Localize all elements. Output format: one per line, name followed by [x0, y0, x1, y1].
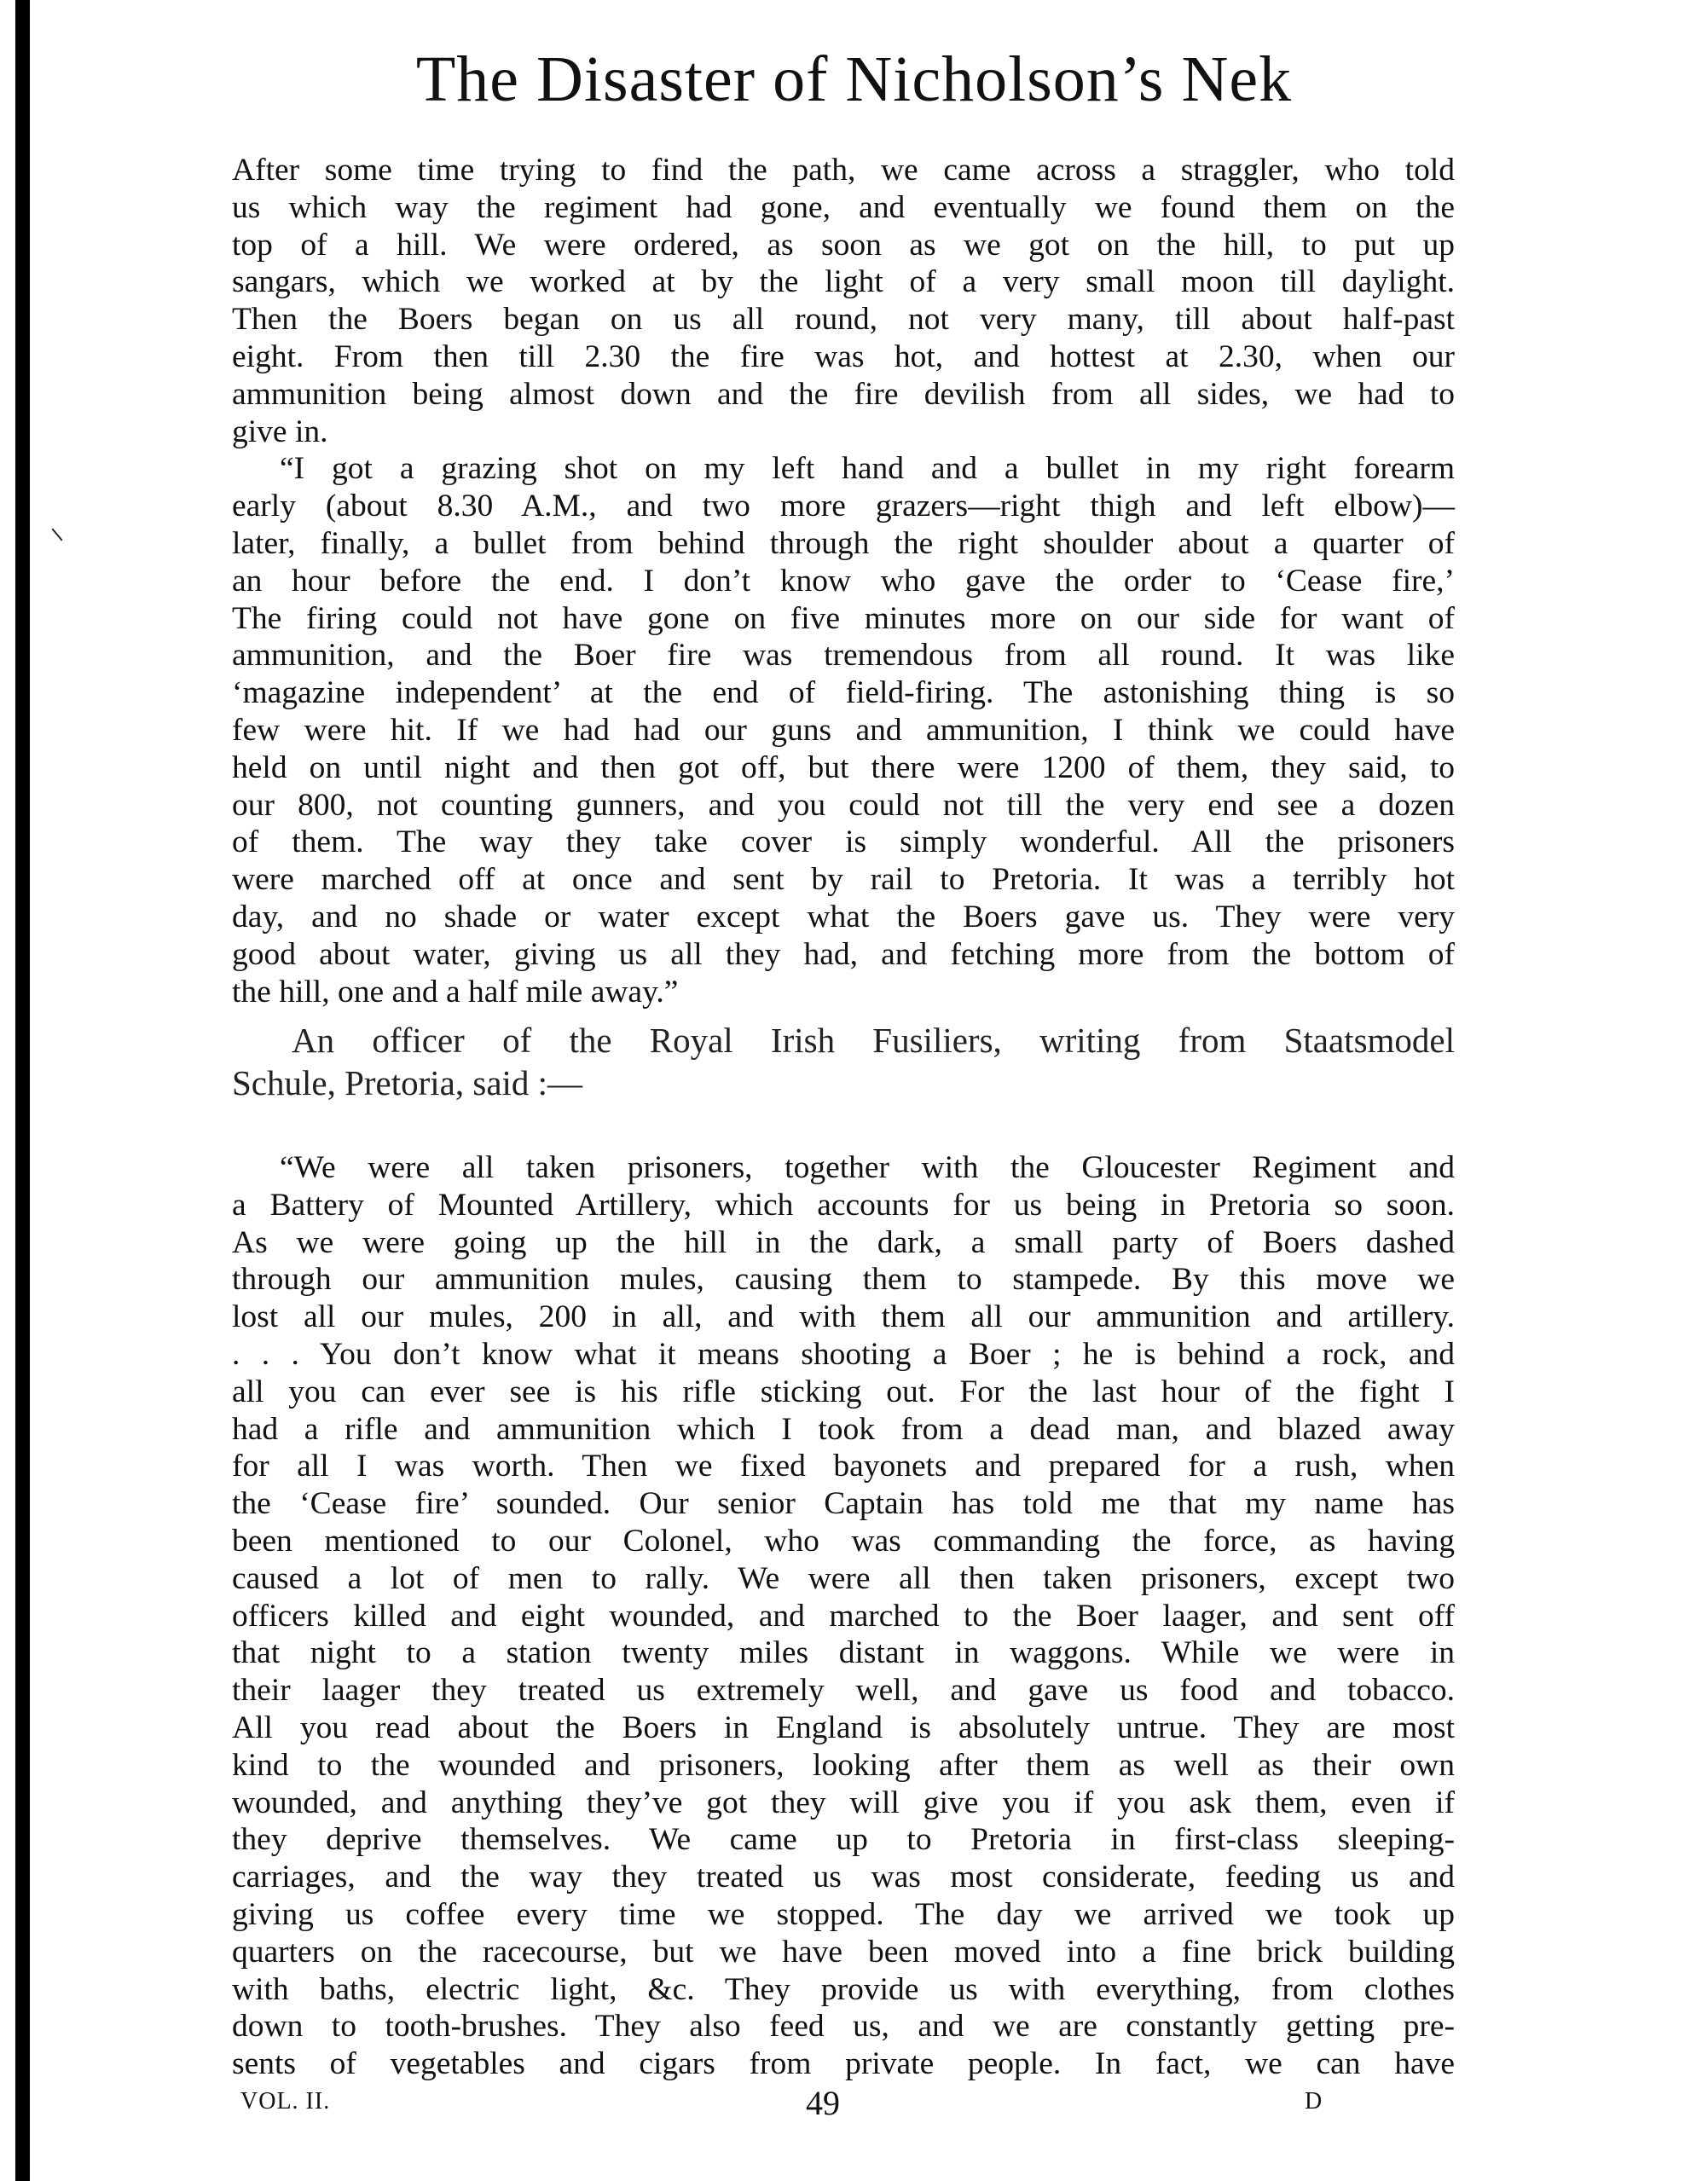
- intro-line: An officer of the Royal Irish Fusiliers,…: [232, 1019, 1455, 1062]
- section-intro: An officer of the Royal Irish Fusiliers,…: [232, 1019, 1455, 1104]
- text-line: All you read about the Boers in England …: [232, 1710, 1455, 1747]
- text-line: were marched off at once and sent by rai…: [232, 861, 1455, 899]
- text-line: they deprive themselves. We came up to P…: [232, 1821, 1455, 1859]
- volume-label: VOL. II.: [240, 2088, 330, 2115]
- text-line: quarters on the racecourse, but we have …: [232, 1934, 1455, 1971]
- text-line: of them. The way they take cover is simp…: [232, 824, 1455, 861]
- text-line: been mentioned to our Colonel, who was c…: [232, 1523, 1455, 1560]
- text-line: top of a hill. We were ordered, as soon …: [232, 227, 1455, 264]
- text-line: that night to a station twenty miles dis…: [232, 1634, 1455, 1672]
- text-line: kind to the wounded and prisoners, looki…: [232, 1747, 1455, 1785]
- text-line: caused a lot of men to rally. We were al…: [232, 1560, 1455, 1598]
- text-line: an hour before the end. I don’t know who…: [232, 563, 1455, 600]
- text-line: our 800, not counting gunners, and you c…: [232, 787, 1455, 824]
- text-line: sents of vegetables and cigars from priv…: [232, 2045, 1455, 2083]
- text-line: give in.: [232, 414, 1455, 451]
- text-line: with baths, electric light, &c. They pro…: [232, 1971, 1455, 2009]
- text-line: The firing could not have gone on five m…: [232, 600, 1455, 638]
- text-line: the hill, one and a half mile away.”: [232, 974, 1455, 1011]
- letter-excerpt-2: “We were all taken prisoners, together w…: [232, 1149, 1455, 2083]
- text-line: giving us coffee every time we stopped. …: [232, 1896, 1455, 1934]
- text-line: all you can ever see is his rifle sticki…: [232, 1374, 1455, 1411]
- text-line: . . . You don’t know what it means shoot…: [232, 1336, 1455, 1374]
- text-line: later, finally, a bullet from behind thr…: [232, 525, 1455, 563]
- text-line: through our ammunition mules, causing th…: [232, 1261, 1455, 1299]
- text-line: early (about 8.30 A.M., and two more gra…: [232, 488, 1455, 525]
- text-line: “We were all taken prisoners, together w…: [232, 1149, 1455, 1187]
- text-line: ammunition, and the Boer fire was tremen…: [232, 637, 1455, 674]
- text-line: had a rifle and ammunition which I took …: [232, 1411, 1455, 1449]
- text-line: held on until night and then got off, bu…: [232, 749, 1455, 787]
- letter-excerpt-1: After some time trying to find the path,…: [232, 152, 1455, 1010]
- text-line: officers killed and eight wounded, and m…: [232, 1598, 1455, 1635]
- text-line: Then the Boers began on us all round, no…: [232, 301, 1455, 338]
- text-line: good about water, giving us all they had…: [232, 936, 1455, 974]
- text-line: eight. From then till 2.30 the fire was …: [232, 338, 1455, 376]
- text-line: us which way the regiment had gone, and …: [232, 189, 1455, 227]
- text-line: down to tooth-brushes. They also feed us…: [232, 2008, 1455, 2045]
- text-line: wounded, and anything they’ve got they w…: [232, 1785, 1455, 1822]
- signature-mark: D: [1305, 2088, 1322, 2115]
- intro-line: Schule, Pretoria, said :—: [232, 1062, 1455, 1104]
- text-line: sangars, which we worked at by the light…: [232, 263, 1455, 301]
- text-line: their laager they treated us extremely w…: [232, 1672, 1455, 1710]
- text-line: a Battery of Mounted Artillery, which ac…: [232, 1187, 1455, 1224]
- text-line: As we were going up the hill in the dark…: [232, 1224, 1455, 1262]
- text-line: day, and no shade or water except what t…: [232, 899, 1455, 936]
- text-line: few were hit. If we had had our guns and…: [232, 712, 1455, 749]
- text-line: ammunition being almost down and the fir…: [232, 376, 1455, 414]
- page-number: 49: [806, 2083, 840, 2123]
- text-line: lost all our mules, 200 in all, and with…: [232, 1299, 1455, 1336]
- text-line: After some time trying to find the path,…: [232, 152, 1455, 189]
- text-line: “I got a grazing shot on my left hand an…: [232, 450, 1455, 488]
- page-title: The Disaster of Nicholson’s Nek: [0, 43, 1708, 117]
- text-line: for all I was worth. Then we fixed bayon…: [232, 1448, 1455, 1485]
- text-line: the ‘Cease fire’ sounded. Our senior Cap…: [232, 1485, 1455, 1523]
- stray-mark: [51, 528, 62, 541]
- binding-edge: [15, 0, 30, 2181]
- page-footer: VOL. II. 49 D: [0, 2083, 1708, 2126]
- text-line: ‘magazine independent’ at the end of fie…: [232, 674, 1455, 712]
- text-line: carriages, and the way they treated us w…: [232, 1859, 1455, 1896]
